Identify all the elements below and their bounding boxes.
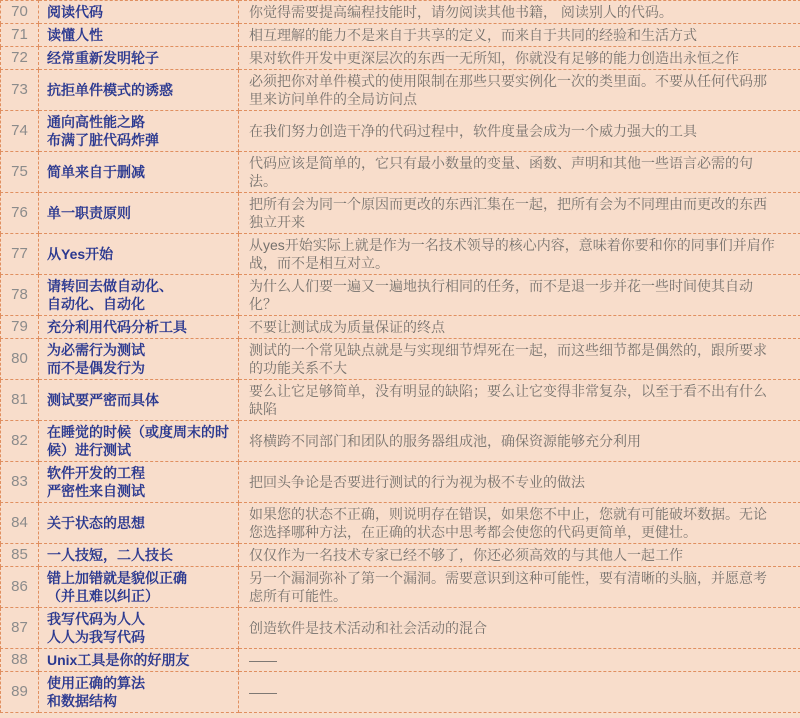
table-row: 72 经常重新发明轮子 果对软件开发中更深层次的东西一无所知，你就没有足够的能力…: [1, 47, 800, 70]
row-description: 仅仅作为一名技术专家已经不够了，你还必须高效的与其他人一起工作: [239, 544, 800, 567]
row-number: 84: [1, 503, 39, 544]
row-title: 单一职责原则: [39, 193, 239, 234]
table-body: 70 阅读代码 你觉得需要提高编程技能时，请勿阅读其他书籍， 阅读别人的代码。 …: [1, 1, 800, 713]
row-description: 果对软件开发中更深层次的东西一无所知，你就没有足够的能力创造出永恒之作: [239, 47, 800, 70]
row-number: 70: [1, 1, 39, 24]
row-description: ——: [239, 672, 800, 713]
principles-table: 70 阅读代码 你觉得需要提高编程技能时，请勿阅读其他书籍， 阅读别人的代码。 …: [0, 0, 800, 713]
row-number: 82: [1, 421, 39, 462]
row-number: 88: [1, 649, 39, 672]
row-description: 测试的一个常见缺点就是与实现细节焊死在一起，而这些细节都是偶然的，跟所要求的功能…: [239, 339, 800, 380]
table-row: 82 在睡觉的时候（或度周末的时候）进行测试 将横跨不同部门和团队的服务器组成池…: [1, 421, 800, 462]
row-description: 将横跨不同部门和团队的服务器组成池，确保资源能够充分利用: [239, 421, 800, 462]
table-row: 71 读懂人性 相互理解的能力不是来自于共享的定义，而来自于共同的经验和生活方式: [1, 24, 800, 47]
row-description: 如果您的状态不正确，则说明存在错误，如果您不中止，您就有可能破坏数据。无论您选择…: [239, 503, 800, 544]
table-row: 87 我写代码为人人 人人为我写代码 创造软件是技术活动和社会活动的混合: [1, 608, 800, 649]
row-description: 必须把你对单件模式的使用限制在那些只要实例化一次的类里面。不要从任何代码那里来访…: [239, 70, 800, 111]
row-number: 72: [1, 47, 39, 70]
row-title: 关于状态的思想: [39, 503, 239, 544]
row-number: 85: [1, 544, 39, 567]
row-number: 75: [1, 152, 39, 193]
table-row: 77 从Yes开始 从yes开始实际上就是作为一名技术领导的核心内容，意味着你要…: [1, 234, 800, 275]
row-title: 从Yes开始: [39, 234, 239, 275]
row-title: 经常重新发明轮子: [39, 47, 239, 70]
table-row: 89 使用正确的算法 和数据结构 ——: [1, 672, 800, 713]
row-title: 错上加错就是貌似正确 （并且难以纠正）: [39, 567, 239, 608]
row-title: 通向高性能之路 布满了脏代码炸弹: [39, 111, 239, 152]
row-number: 80: [1, 339, 39, 380]
row-title: 在睡觉的时候（或度周末的时候）进行测试: [39, 421, 239, 462]
row-number: 78: [1, 275, 39, 316]
row-description: 代码应该是简单的，它只有最小数量的变量、函数、声明和其他一些语言必需的句法。: [239, 152, 800, 193]
row-title: 我写代码为人人 人人为我写代码: [39, 608, 239, 649]
row-title: 阅读代码: [39, 1, 239, 24]
row-title: 请转回去做自动化、 自动化、自动化: [39, 275, 239, 316]
row-title: Unix工具是你的好朋友: [39, 649, 239, 672]
row-title: 测试要严密而具体: [39, 380, 239, 421]
table-row: 79 充分利用代码分析工具 不要让测试成为质量保证的终点: [1, 316, 800, 339]
row-title: 简单来自于删减: [39, 152, 239, 193]
table-row: 78 请转回去做自动化、 自动化、自动化 为什么人们要一遍又一遍地执行相同的任务…: [1, 275, 800, 316]
row-description: 创造软件是技术活动和社会活动的混合: [239, 608, 800, 649]
table-row: 75 简单来自于删减 代码应该是简单的，它只有最小数量的变量、函数、声明和其他一…: [1, 152, 800, 193]
row-number: 77: [1, 234, 39, 275]
row-description: 在我们努力创造干净的代码过程中，软件度量会成为一个威力强大的工具: [239, 111, 800, 152]
row-number: 89: [1, 672, 39, 713]
table-row: 76 单一职责原则 把所有会为同一个原因而更改的东西汇集在一起，把所有会为不同理…: [1, 193, 800, 234]
table-row: 84 关于状态的思想 如果您的状态不正确，则说明存在错误，如果您不中止，您就有可…: [1, 503, 800, 544]
row-number: 76: [1, 193, 39, 234]
table-row: 73 抗拒单件模式的诱惑 必须把你对单件模式的使用限制在那些只要实例化一次的类里…: [1, 70, 800, 111]
row-number: 86: [1, 567, 39, 608]
table-row: 80 为必需行为测试 而不是偶发行为 测试的一个常见缺点就是与实现细节焊死在一起…: [1, 339, 800, 380]
table-row: 74 通向高性能之路 布满了脏代码炸弹 在我们努力创造干净的代码过程中，软件度量…: [1, 111, 800, 152]
row-description: ——: [239, 649, 800, 672]
table-row: 86 错上加错就是貌似正确 （并且难以纠正） 另一个漏洞弥补了第一个漏洞。需要意…: [1, 567, 800, 608]
table-row: 83 软件开发的工程 严密性来自测试 把回头争论是否要进行测试的行为视为极不专业…: [1, 462, 800, 503]
row-description: 把所有会为同一个原因而更改的东西汇集在一起，把所有会为不同理由而更改的东西独立开…: [239, 193, 800, 234]
row-title: 使用正确的算法 和数据结构: [39, 672, 239, 713]
table-row: 85 一人技短，二人技长 仅仅作为一名技术专家已经不够了，你还必须高效的与其他人…: [1, 544, 800, 567]
row-description: 另一个漏洞弥补了第一个漏洞。需要意识到这种可能性，要有清晰的头脑，并愿意考虑所有…: [239, 567, 800, 608]
table-row: 81 测试要严密而具体 要么让它足够简单，没有明显的缺陷；要么让它变得非常复杂，…: [1, 380, 800, 421]
row-title: 读懂人性: [39, 24, 239, 47]
row-number: 83: [1, 462, 39, 503]
row-number: 87: [1, 608, 39, 649]
row-description: 为什么人们要一遍又一遍地执行相同的任务，而不是退一步并花一些时间使其自动化？: [239, 275, 800, 316]
row-description: 不要让测试成为质量保证的终点: [239, 316, 800, 339]
row-number: 73: [1, 70, 39, 111]
row-description: 相互理解的能力不是来自于共享的定义，而来自于共同的经验和生活方式: [239, 24, 800, 47]
table-row: 88 Unix工具是你的好朋友 ——: [1, 649, 800, 672]
row-title: 抗拒单件模式的诱惑: [39, 70, 239, 111]
row-title: 为必需行为测试 而不是偶发行为: [39, 339, 239, 380]
row-description: 要么让它足够简单，没有明显的缺陷；要么让它变得非常复杂，以至于看不出有什么缺陷: [239, 380, 800, 421]
row-number: 71: [1, 24, 39, 47]
row-number: 81: [1, 380, 39, 421]
row-description: 从yes开始实际上就是作为一名技术领导的核心内容，意味着你要和你的同事们并肩作战…: [239, 234, 800, 275]
row-title: 一人技短，二人技长: [39, 544, 239, 567]
row-description: 把回头争论是否要进行测试的行为视为极不专业的做法: [239, 462, 800, 503]
row-title: 软件开发的工程 严密性来自测试: [39, 462, 239, 503]
row-number: 74: [1, 111, 39, 152]
row-title: 充分利用代码分析工具: [39, 316, 239, 339]
row-number: 79: [1, 316, 39, 339]
row-description: 你觉得需要提高编程技能时，请勿阅读其他书籍， 阅读别人的代码。: [239, 1, 800, 24]
table-row: 70 阅读代码 你觉得需要提高编程技能时，请勿阅读其他书籍， 阅读别人的代码。: [1, 1, 800, 24]
